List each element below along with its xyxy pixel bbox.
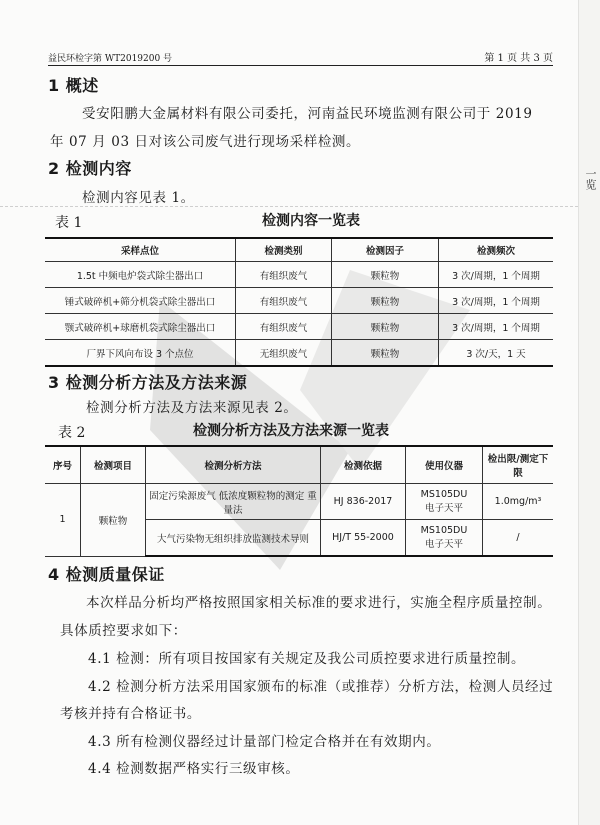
cell-limit: / <box>483 520 554 557</box>
table-row: 1 颗粒物 固定污染源废气 低浓度颗粒物的测定 重量法 HJ 836-2017 … <box>45 484 553 520</box>
page-header: 益民环检字第 WT2019200 号 第 1 页 共 3 页 <box>48 49 553 66</box>
qc-item-4-2-line1: 4.2 检测分析方法采用国家颁布的标准（或推荐）分析方法，检测人员经过 <box>88 675 553 695</box>
table-row: 锤式破碎机+筛分机袋式除尘器出口 有组织废气 颗粒物 3 次/周期，1 个周期 <box>45 288 553 314</box>
cell-factor: 颗粒物 <box>332 288 439 314</box>
cell-factor: 颗粒物 <box>332 314 439 340</box>
doc-number: 益民环检字第 WT2019200 号 <box>48 51 172 64</box>
col-header-method: 检测分析方法 <box>146 446 321 484</box>
col-header-instrument: 使用仪器 <box>406 446 483 484</box>
cell-category: 有组织废气 <box>236 314 332 340</box>
section-3-title: 3 检测分析方法及方法来源 <box>48 370 247 393</box>
cell-limit: 1.0mg/m³ <box>483 484 554 520</box>
col-header-limit: 检出限/测定下限 <box>483 446 554 484</box>
section-3-intro: 检测分析方法及方法来源见表 2。 <box>86 396 297 416</box>
section-4-para-line2: 具体质控要求如下： <box>60 619 187 639</box>
instrument-model: MS105DU <box>408 525 480 536</box>
col-header-category: 检测类别 <box>236 238 332 262</box>
qc-item-4-2-line2: 考核并持有合格证书。 <box>60 702 201 722</box>
scan-edge-strip <box>578 0 600 825</box>
table-header-row: 采样点位 检测类别 检测因子 检测频次 <box>45 238 553 262</box>
cell-seq: 1 <box>45 484 81 557</box>
instrument-name: 电子天平 <box>408 536 480 550</box>
table-2-label: 表 2 <box>58 422 85 442</box>
col-header-basis: 检测依据 <box>321 446 406 484</box>
section-1-para-line2: 年 07 月 03 日对该公司废气进行现场采样检测。 <box>50 130 360 150</box>
instrument-model: MS105DU <box>408 489 480 500</box>
section-4-para-line1: 本次样品分析均严格按照国家相关标准的要求进行，实施全程序质量控制。 <box>86 591 551 611</box>
qc-item-4-3: 4.3 所有检测仪器经过计量部门检定合格并在有效期内。 <box>88 730 440 750</box>
cell-item: 颗粒物 <box>81 484 146 557</box>
cell-frequency: 3 次/天，1 天 <box>439 340 554 367</box>
cell-basis: HJ 836-2017 <box>321 484 406 520</box>
cell-sampling-point: 厂界下风向布设 3 个点位 <box>45 340 236 367</box>
page-info: 第 1 页 共 3 页 <box>484 49 553 64</box>
col-header-frequency: 检测频次 <box>439 238 554 262</box>
qc-item-4-4: 4.4 检测数据严格实行三级审核。 <box>88 757 299 777</box>
scan-fold-line <box>0 206 578 207</box>
scan-edge-fragment: 一览 <box>582 168 598 190</box>
instrument-name: 电子天平 <box>408 500 480 514</box>
cell-factor: 颗粒物 <box>332 340 439 367</box>
cell-sampling-point: 颚式破碎机+球磨机袋式除尘器出口 <box>45 314 236 340</box>
cell-instrument: MS105DU 电子天平 <box>406 520 483 557</box>
cell-factor: 颗粒物 <box>332 262 439 288</box>
col-header-item: 检测项目 <box>81 446 146 484</box>
table-row: 颚式破碎机+球磨机袋式除尘器出口 有组织废气 颗粒物 3 次/周期，1 个周期 <box>45 314 553 340</box>
cell-method: 固定污染源废气 低浓度颗粒物的测定 重量法 <box>146 484 321 520</box>
cell-frequency: 3 次/周期，1 个周期 <box>439 288 554 314</box>
cell-category: 有组织废气 <box>236 288 332 314</box>
analysis-method-table: 序号 检测项目 检测分析方法 检测依据 使用仪器 检出限/测定下限 1 颗粒物 … <box>45 445 553 557</box>
cell-instrument: MS105DU 电子天平 <box>406 484 483 520</box>
table-2-title: 检测分析方法及方法来源一览表 <box>193 420 389 440</box>
cell-category: 无组织废气 <box>236 340 332 367</box>
table-row: 1.5t 中频电炉袋式除尘器出口 有组织废气 颗粒物 3 次/周期，1 个周期 <box>45 262 553 288</box>
section-4-title: 4 检测质量保证 <box>48 562 165 585</box>
qc-item-4-1: 4.1 检测：所有项目按国家有关规定及我公司质控要求进行质量控制。 <box>88 647 525 667</box>
section-1-para-line1: 受安阳鹏大金属材料有限公司委托，河南益民环境监测有限公司于 2019 <box>82 102 533 122</box>
section-2-title: 2 检测内容 <box>48 156 132 179</box>
detection-content-table: 采样点位 检测类别 检测因子 检测频次 1.5t 中频电炉袋式除尘器出口 有组织… <box>45 237 553 367</box>
cell-frequency: 3 次/周期，1 个周期 <box>439 314 554 340</box>
table-1-label: 表 1 <box>55 212 82 232</box>
document-page: 一览 益民环检字第 WT2019200 号 第 1 页 共 3 页 1 概述 受… <box>0 0 600 825</box>
table-row: 厂界下风向布设 3 个点位 无组织废气 颗粒物 3 次/天，1 天 <box>45 340 553 367</box>
cell-category: 有组织废气 <box>236 262 332 288</box>
cell-basis: HJ/T 55-2000 <box>321 520 406 557</box>
col-header-sampling-point: 采样点位 <box>45 238 236 262</box>
section-2-intro: 检测内容见表 1。 <box>82 186 195 206</box>
cell-sampling-point: 1.5t 中频电炉袋式除尘器出口 <box>45 262 236 288</box>
cell-sampling-point: 锤式破碎机+筛分机袋式除尘器出口 <box>45 288 236 314</box>
col-header-factor: 检测因子 <box>332 238 439 262</box>
col-header-seq: 序号 <box>45 446 81 484</box>
section-1-title: 1 概述 <box>48 73 99 96</box>
cell-method: 大气污染物无组织排放监测技术导则 <box>146 520 321 557</box>
table-1-title: 检测内容一览表 <box>262 210 360 230</box>
cell-frequency: 3 次/周期，1 个周期 <box>439 262 554 288</box>
table-header-row: 序号 检测项目 检测分析方法 检测依据 使用仪器 检出限/测定下限 <box>45 446 553 484</box>
